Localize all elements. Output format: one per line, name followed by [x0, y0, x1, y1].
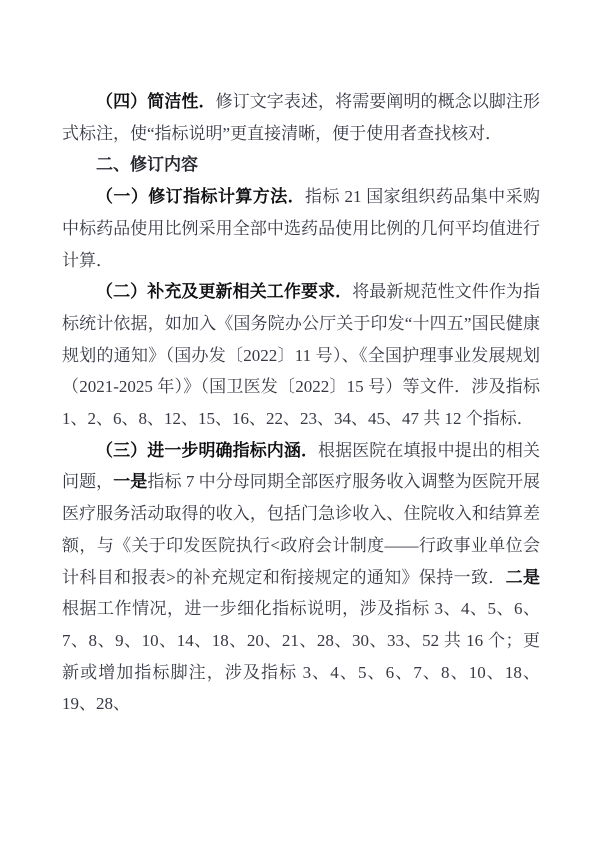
paragraph-update-lead: （二）补充及更新相关工作要求． — [96, 282, 352, 301]
section-heading-revision-content: 二、修订内容 — [62, 149, 540, 181]
paragraph-calc-lead: （一）修订指标计算方法． — [96, 187, 305, 206]
document-page: （四）简洁性．修订文字表述，将需要阐明的概念以脚注形式标注，使“指标说明”更直接… — [0, 0, 600, 841]
paragraph-revise-calculation-method: （一）修订指标计算方法．指标 21 国家组织药品集中采购中标药品使用比例采用全部… — [62, 181, 540, 276]
paragraph-clarify-body-3: 根据工作情况，进一步细化指标说明，涉及指标 3、4、5、6、7、8、9、10、1… — [62, 599, 540, 713]
paragraph-supplement-update-requirements: （二）补充及更新相关工作要求．将最新规范性文件作为指标统计依据，如加入《国务院办… — [62, 276, 540, 435]
paragraph-clarify-lead: （三）进一步明确指标内涵． — [96, 441, 318, 460]
paragraph-clarify-indicator-connotation: （三）进一步明确指标内涵．根据医院在填报中提出的相关问题，一是指标 7 中分母同… — [62, 435, 540, 720]
paragraph-clarify-second-point-marker: 二是 — [506, 568, 540, 587]
paragraph-clarify-first-point-marker: 一是 — [113, 472, 147, 491]
document-text-block: （四）简洁性．修订文字表述，将需要阐明的概念以脚注形式标注，使“指标说明”更直接… — [62, 86, 540, 720]
paragraph-conciseness-lead: （四）简洁性． — [96, 92, 216, 111]
paragraph-update-body: 将最新规范性文件作为指标统计依据，如加入《国务院办公厅关于印发“十四五”国民健康… — [62, 282, 540, 428]
paragraph-conciseness: （四）简洁性．修订文字表述，将需要阐明的概念以脚注形式标注，使“指标说明”更直接… — [62, 86, 540, 149]
